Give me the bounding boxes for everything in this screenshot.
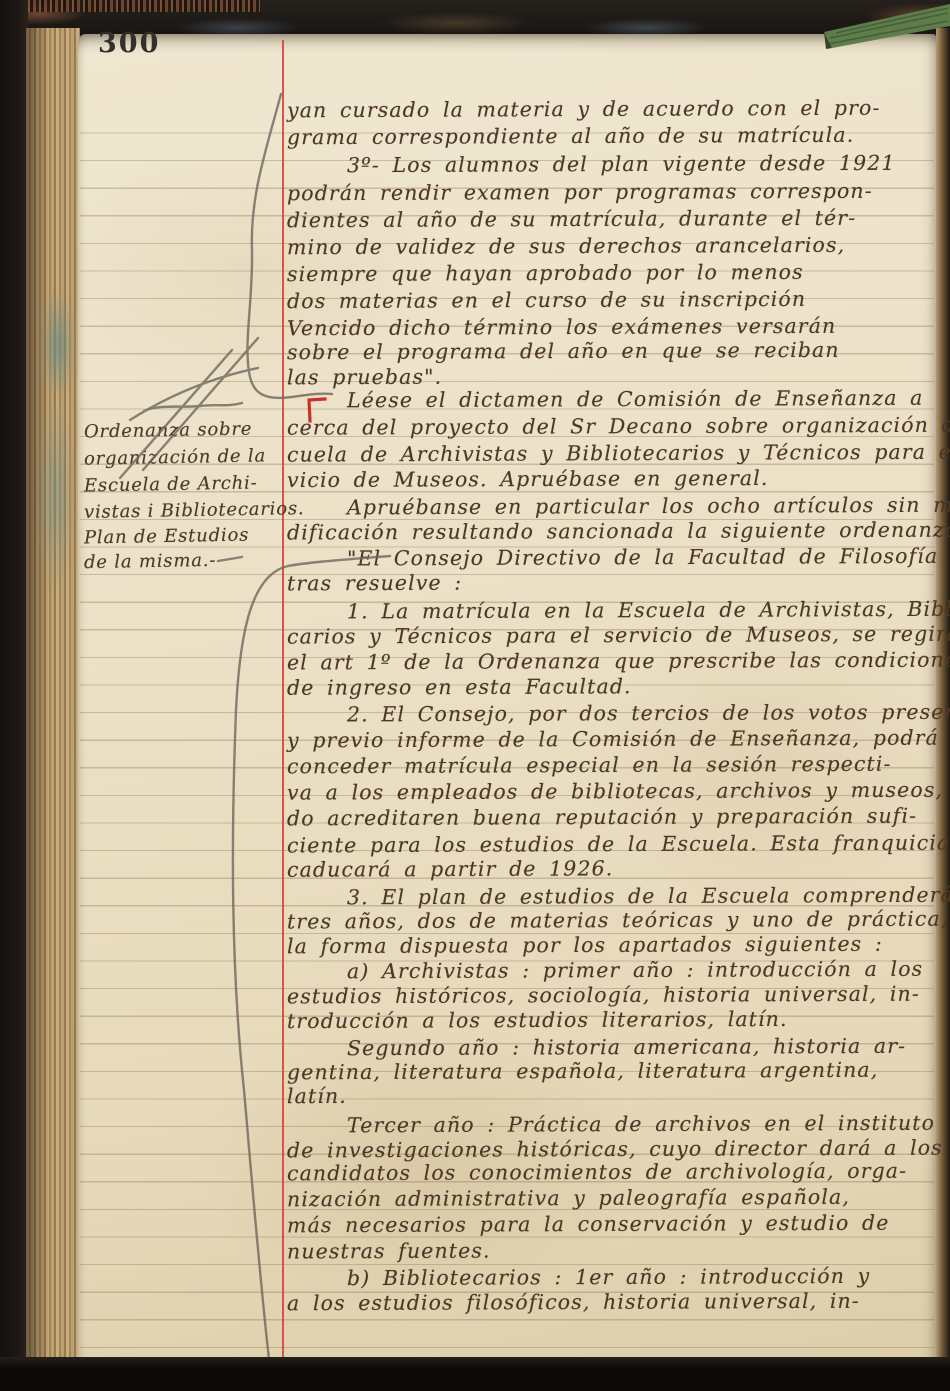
manuscript-line: Vencido dicho término los exámenes versa… bbox=[287, 316, 836, 340]
cover-fringe-texture bbox=[0, 0, 260, 12]
manuscript-line: Tercer año : Práctica de archivos en el … bbox=[347, 1113, 935, 1137]
manuscript-line: cuela de Archivistas y Bibliotecarios y … bbox=[287, 441, 950, 466]
manuscript-line: 3. El plan de estudios de la Escuela com… bbox=[347, 885, 950, 909]
margin-note-line: Escuela de Archi- bbox=[84, 472, 258, 496]
manuscript-line: siempre que hayan aprobado por lo menos bbox=[287, 262, 804, 286]
manuscript-line: podrán rendir examen por programas corre… bbox=[287, 181, 873, 205]
manuscript-line: de ingreso en esta Facultad. bbox=[287, 676, 632, 699]
manuscript-line: y previo informe de la Comisión de Enseñ… bbox=[287, 728, 939, 752]
manuscript-line: cerca del proyecto del Sr Decano sobre o… bbox=[287, 414, 950, 439]
manuscript-line: sobre el programa del año en que se reci… bbox=[287, 340, 840, 364]
manuscript-line: más necesarios para la conservación y es… bbox=[287, 1213, 890, 1237]
page-edge-stack bbox=[26, 28, 80, 1368]
manuscript-line: "El Consejo Directivo de la Facultad de … bbox=[347, 546, 950, 570]
manuscript-scan: 300 Ordenanza sobre organización de la E… bbox=[0, 0, 950, 1391]
margin-note-line: Ordenanza sobre bbox=[84, 419, 253, 443]
red-margin-rule bbox=[282, 40, 284, 1358]
manuscript-line: caducará a partir de 1926. bbox=[287, 858, 613, 881]
margin-note-line: de la misma.- bbox=[84, 550, 217, 573]
manuscript-line: Segundo año : historia americana, histor… bbox=[347, 1036, 906, 1060]
manuscript-line: a los estudios filosóficos, historia uni… bbox=[287, 1291, 860, 1315]
manuscript-line: b) Bibliotecarios : 1er año : introducci… bbox=[347, 1266, 870, 1290]
manuscript-line: dificación resultando sancionada la sigu… bbox=[287, 519, 950, 544]
page-number: 300 bbox=[98, 28, 160, 59]
manuscript-line: el art 1º de la Ordenanza que prescribe … bbox=[287, 650, 950, 674]
manuscript-line: va a los empleados de bibliotecas, archi… bbox=[287, 779, 950, 804]
manuscript-line: dos materias en el curso de su inscripci… bbox=[287, 289, 806, 313]
margin-note-line: vistas i Bibliotecarios. bbox=[84, 498, 305, 523]
manuscript-line: tres años, dos de materias teóricas y un… bbox=[287, 908, 950, 933]
manuscript-line: latín. bbox=[287, 1086, 347, 1108]
manuscript-line: 3º- Los alumnos del plan vigente desde 1… bbox=[347, 153, 896, 177]
manuscript-line: mino de validez de sus derechos arancela… bbox=[287, 235, 845, 259]
manuscript-line: yan cursado la materia y de acuerdo con … bbox=[287, 98, 881, 122]
page-edge-stain bbox=[34, 380, 78, 610]
manuscript-line: tras resuelve : bbox=[287, 573, 462, 595]
manuscript-line: a) Archivistas : primer año : introducci… bbox=[347, 959, 923, 983]
manuscript-line: estudios históricos, sociología, histori… bbox=[287, 984, 920, 1008]
margin-note-line: organización de la bbox=[84, 445, 266, 469]
manuscript-line: candidatos los conocimientos de archivol… bbox=[287, 1161, 907, 1185]
manuscript-line: nización administrativa y paleografía es… bbox=[287, 1187, 850, 1211]
manuscript-line: las pruebas". bbox=[287, 367, 442, 389]
manuscript-line: Léese el dictamen de Comisión de Enseñan… bbox=[347, 388, 924, 412]
manuscript-line: carios y Técnicos para el servicio de Mu… bbox=[287, 623, 950, 648]
manuscript-line: conceder matrícula especial en la sesión… bbox=[287, 754, 892, 778]
manuscript-line: 1. La matrícula en la Escuela de Archivi… bbox=[347, 599, 950, 623]
page-right-edge bbox=[936, 28, 950, 1368]
manuscript-line: la forma dispuesta por los apartados sig… bbox=[287, 934, 883, 958]
book-spine bbox=[0, 0, 28, 1391]
manuscript-line: do acreditaren buena reputación y prepar… bbox=[287, 806, 917, 830]
margin-note-line: Plan de Estudios bbox=[84, 525, 250, 549]
manuscript-line: vicio de Museos. Apruébase en general. bbox=[287, 468, 769, 492]
manuscript-line: gentina, literatura española, literatura… bbox=[287, 1060, 878, 1084]
manuscript-line: grama correspondiente al año de su matrí… bbox=[287, 125, 854, 149]
manuscript-line: Apruébanse en particular los ocho artícu… bbox=[347, 495, 950, 519]
scan-background-bottom bbox=[0, 1357, 950, 1391]
manuscript-line: troducción a los estudios literarios, la… bbox=[287, 1009, 788, 1033]
manuscript-line: dientes al año de su matrícula, durante … bbox=[287, 208, 856, 232]
manuscript-line: ciente para los estudios de la Escuela. … bbox=[287, 833, 950, 857]
manuscript-line: 2. El Consejo, por dos tercios de los vo… bbox=[347, 702, 950, 726]
manuscript-line: nuestras fuentes. bbox=[287, 1241, 491, 1263]
